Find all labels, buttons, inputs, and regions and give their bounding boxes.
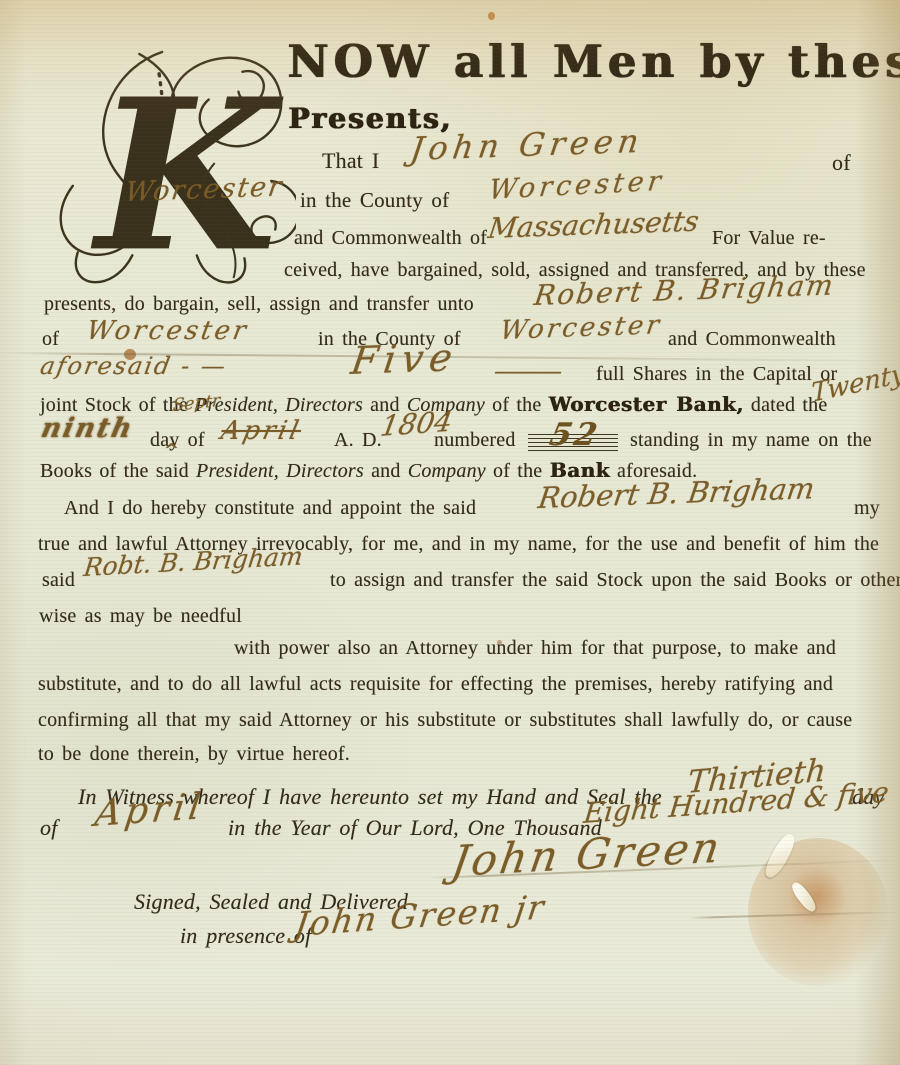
ink-speck — [488, 12, 495, 20]
printed-bank-name: Worcester Bank, — [549, 392, 744, 416]
field-seller-county: Worcester — [487, 165, 667, 208]
printed-in-presence: in presence of — [180, 922, 311, 950]
printed-of-seal: of — [40, 814, 58, 842]
printed-and-2: and — [371, 460, 400, 482]
printed-of-1: of — [832, 149, 851, 177]
field-buyer-town: Worcester — [84, 315, 251, 348]
printed-that-i: That I — [322, 147, 379, 175]
field-seller-name: John Green — [408, 121, 646, 169]
field-buyer-county: Worcester — [498, 309, 664, 347]
document-page: K NOW all Men by these Presents, That I … — [0, 0, 900, 1065]
field-shares-count: Five — [348, 334, 461, 385]
printed-power-line: with power also an Attorney under him fo… — [234, 636, 836, 661]
printed-standing-line: standing in my name on the — [630, 428, 872, 453]
printed-in-county-1: in the County of — [300, 187, 449, 213]
printed-and-commonwealth: and Commonwealth — [668, 327, 836, 352]
field-seal-month: April — [92, 784, 207, 837]
field-certificate-number: 52 — [546, 416, 603, 455]
printed-numbered: numbered — [434, 428, 516, 453]
field-commonwealth: Massachusetts — [486, 203, 701, 246]
printed-company-2: Company — [408, 460, 486, 482]
printed-assign-line: to assign and transfer the said Stock up… — [330, 568, 900, 593]
printed-appoint-line: And I do hereby constitute and appoint t… — [64, 496, 476, 521]
printed-for-value: For Value re- — [712, 226, 826, 251]
printed-directors-2: Directors — [286, 460, 364, 482]
printed-books-of: Books of the said — [40, 460, 189, 482]
handwritten-dash: ——— — [494, 356, 560, 386]
printed-virtue-line: to be done therein, by virtue hereof. — [38, 742, 350, 767]
printed-and-commonwealth-of: and Commonwealth of — [294, 226, 487, 251]
printed-wise-line: wise as may be needful — [39, 604, 242, 629]
printed-of-the-2: of the — [493, 460, 542, 482]
printed-president-2: President, — [196, 460, 279, 482]
printed-of-the-1: of the — [492, 394, 541, 416]
printed-my: my — [854, 496, 880, 521]
printed-of-buyer: of — [42, 327, 59, 352]
printed-said: said — [42, 568, 75, 593]
printed-anno-domini: A. D. — [334, 428, 382, 453]
field-month-struck: April — [218, 415, 304, 448]
printed-full-shares: full Shares in the Capital or — [596, 362, 837, 387]
printed-directors-1: Directors — [285, 394, 363, 416]
field-seller-town: Worcester — [123, 170, 285, 209]
printed-transfer-line: presents, do bargain, sell, assign and t… — [44, 292, 474, 317]
field-date-day-ninth: ninth — [38, 412, 137, 446]
document-title: NOW all Men by these — [287, 34, 900, 90]
printed-confirming-line: confirming all that my said Attorney or … — [38, 708, 852, 733]
printed-substitute-line: substitute, and to do all lawful acts re… — [38, 672, 833, 697]
